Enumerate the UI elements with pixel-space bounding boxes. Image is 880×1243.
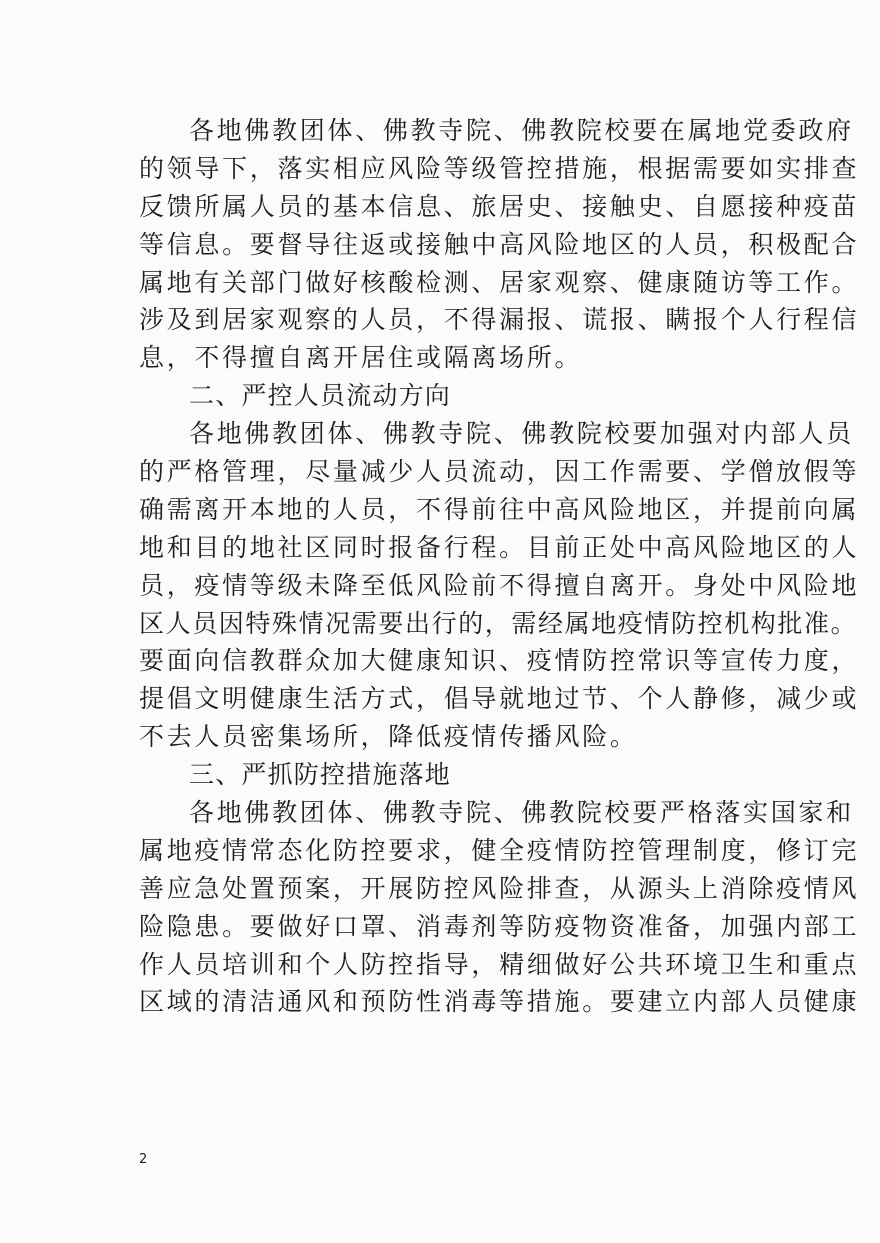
paragraph-line: 息，不得擅自离开居住或隔离场所。: [139, 339, 779, 377]
paragraph-line: 各地佛教团体、佛教寺院、佛教院校要在属地党委政府: [139, 112, 779, 150]
paragraph-line: 属地有关部门做好核酸检测、居家观察、健康随访等工作。: [139, 264, 779, 302]
section-heading: 三、严抓防控措施落地: [139, 756, 779, 794]
paragraph-line: 确需离开本地的人员，不得前往中高风险地区，并提前向属: [139, 491, 779, 529]
paragraph-line: 区人员因特殊情况需要出行的，需经属地疫情防控机构批准。: [139, 605, 779, 643]
paragraph-line: 反馈所属人员的基本信息、旅居史、接触史、自愿接种疫苗: [139, 188, 779, 226]
paragraph-line: 属地疫情常态化防控要求，健全疫情防控管理制度，修订完: [139, 832, 779, 870]
page-number: 2: [139, 1152, 147, 1167]
document-body: 各地佛教团体、佛教寺院、佛教院校要在属地党委政府 的领导下，落实相应风险等级管控…: [139, 112, 779, 1021]
paragraph-line: 等信息。要督导往返或接触中高风险地区的人员，积极配合: [139, 226, 779, 264]
paragraph-line: 各地佛教团体、佛教寺院、佛教院校要严格落实国家和: [139, 794, 779, 832]
paragraph-line: 各地佛教团体、佛教寺院、佛教院校要加强对内部人员: [139, 415, 779, 453]
paragraph-line: 提倡文明健康生活方式，倡导就地过节、个人静修，减少或: [139, 680, 779, 718]
paragraph-line: 的领导下，落实相应风险等级管控措施，根据需要如实排查: [139, 150, 779, 188]
paragraph-line: 地和目的地社区同时报备行程。目前正处中高风险地区的人: [139, 529, 779, 567]
paragraph-line: 区域的清洁通风和预防性消毒等措施。要建立内部人员健康: [139, 983, 779, 1021]
paragraph-line: 要面向信教群众加大健康知识、疫情防控常识等宣传力度，: [139, 642, 779, 680]
paragraph-line: 作人员培训和个人防控指导，精细做好公共环境卫生和重点: [139, 946, 779, 984]
section-heading: 二、严控人员流动方向: [139, 377, 779, 415]
paragraph-line: 涉及到居家观察的人员，不得漏报、谎报、瞒报个人行程信: [139, 301, 779, 339]
paragraph-line: 的严格管理，尽量减少人员流动，因工作需要、学僧放假等: [139, 453, 779, 491]
paragraph-line: 员，疫情等级未降至低风险前不得擅自离开。身处中风险地: [139, 567, 779, 605]
paragraph-line: 险隐患。要做好口罩、消毒剂等防疫物资准备，加强内部工: [139, 908, 779, 946]
paragraph-line: 不去人员密集场所，降低疫情传播风险。: [139, 718, 779, 756]
paragraph-line: 善应急处置预案，开展防控风险排查，从源头上消除疫情风: [139, 870, 779, 908]
